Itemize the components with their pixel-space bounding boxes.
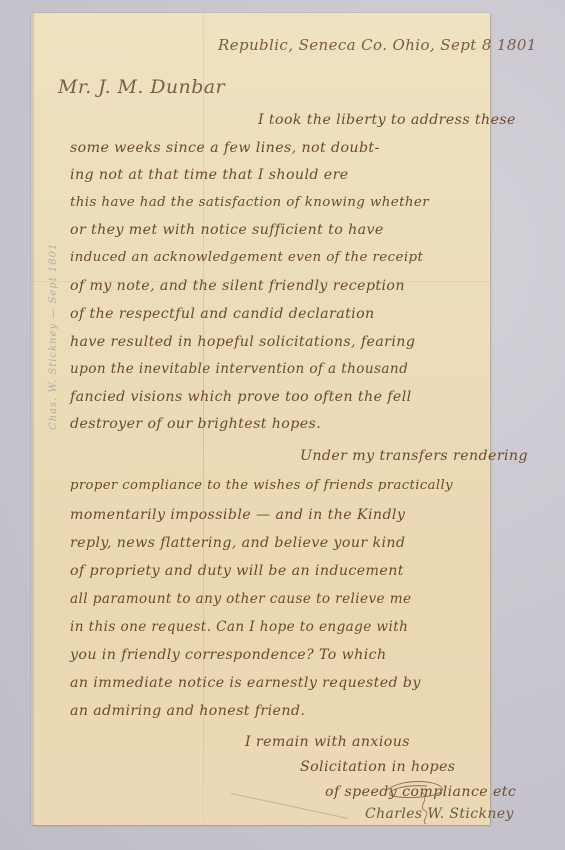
dateline: Republic, Seneca Co. Ohio, Sept 8 1801 <box>218 36 537 54</box>
body-line: momentarily impossible — and in the Kind… <box>70 507 405 523</box>
body-line: of propriety and duty will be an inducem… <box>70 563 404 579</box>
paper-edge <box>31 13 34 825</box>
closing-line: I remain with anxious <box>245 734 410 750</box>
body-line: or they met with notice sufficient to ha… <box>70 222 384 238</box>
body-line: upon the inevitable intervention of a th… <box>70 361 408 377</box>
body-line: I took the liberty to address these <box>258 112 516 128</box>
salutation: Mr. J. M. Dunbar <box>58 76 225 98</box>
body-line: induced an acknowledgement even of the r… <box>70 250 423 265</box>
body-line: some weeks since a few lines, not doubt- <box>70 140 380 156</box>
body-line: ing not at that time that I should ere <box>70 167 349 183</box>
body-line: fancied visions which prove too often th… <box>70 389 412 405</box>
body-line: an admiring and honest friend. <box>70 703 305 719</box>
body-line: you in friendly correspondence? To which <box>70 647 387 663</box>
body-line: reply, news flattering, and believe your… <box>70 535 405 551</box>
body-line: have resulted in hopeful solicitations, … <box>70 334 415 350</box>
body-line: all paramount to any other cause to reli… <box>70 591 411 607</box>
body-line: Under my transfers rendering <box>300 448 528 464</box>
body-line: this have had the satisfaction of knowin… <box>70 195 429 210</box>
signature-flourish-icon <box>382 770 452 830</box>
body-line: of my note, and the silent friendly rece… <box>70 278 405 294</box>
body-line: of the respectful and candid declaration <box>70 306 375 322</box>
body-line: in this one request. Can I hope to engag… <box>70 619 408 635</box>
body-line: destroyer of our brightest hopes. <box>70 416 321 432</box>
margin-docket: Chas. W. Stickney — Sept 1801 <box>48 243 59 430</box>
body-line: proper compliance to the wishes of frien… <box>70 478 453 493</box>
body-line: an immediate notice is earnestly request… <box>70 675 421 691</box>
